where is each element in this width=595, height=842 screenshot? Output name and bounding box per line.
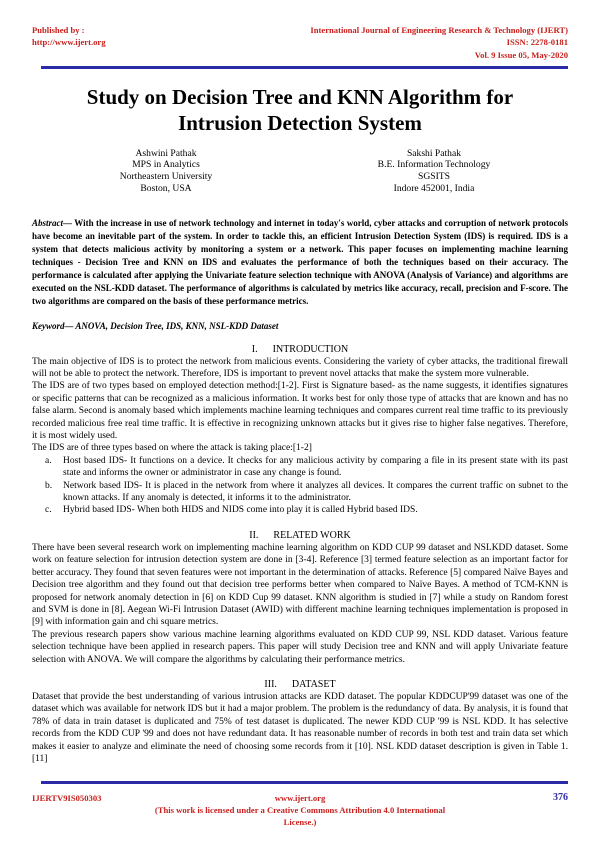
journal-volume-issue: Vol. 9 Issue 05, May-2020 xyxy=(310,49,568,61)
author-1-location: Boston, USA xyxy=(32,183,300,195)
paper-page: Published by : http://www.ijert.org Inte… xyxy=(0,0,595,842)
author-2-degree: B.E. Information Technology xyxy=(300,159,568,171)
list-item: c.Hybrid based IDS- When both HIDS and N… xyxy=(32,504,568,516)
list-item: a.Host based IDS- It functions on a devi… xyxy=(32,455,568,480)
abstract-label: Abstract— xyxy=(32,218,72,228)
paragraph: The previous research papers show variou… xyxy=(32,629,568,666)
page-footer: IJERTV9IS050303 www.ijert.org (This work… xyxy=(32,776,568,828)
paragraph: The IDS are of two types based on employ… xyxy=(32,380,568,442)
paragraph: There have been several research work on… xyxy=(32,542,568,629)
list-marker: b. xyxy=(45,480,52,492)
ids-types-list: a.Host based IDS- It functions on a devi… xyxy=(32,455,568,517)
license-note: (This work is licensed under a Creative … xyxy=(152,804,448,828)
published-by-label: Published by : xyxy=(32,24,106,36)
section-heading-related-work: II.RELATED WORK xyxy=(32,530,568,541)
list-item-text: Host based IDS- It functions on a device… xyxy=(63,456,568,478)
footer-site-link[interactable]: www.ijert.org xyxy=(152,792,448,804)
abstract-paragraph: Abstract— With the increase in use of ne… xyxy=(32,217,568,307)
author-2-affiliation: SGSITS xyxy=(300,171,568,183)
abstract-text: With the increase in use of network tech… xyxy=(32,218,568,305)
author-block: Ashwini Pathak MPS in Analytics Northeas… xyxy=(32,148,568,194)
paragraph: The IDS are of three types based on wher… xyxy=(32,442,568,454)
section-heading-introduction: I.INTRODUCTION xyxy=(32,344,568,355)
section-title: DATASET xyxy=(292,679,336,690)
keywords-line: Keyword— ANOVA, Decision Tree, IDS, KNN,… xyxy=(32,321,568,331)
journal-title: International Journal of Engineering Res… xyxy=(310,24,568,36)
manuscript-id: IJERTV9IS050303 xyxy=(32,792,152,804)
footer-center-block: www.ijert.org (This work is licensed und… xyxy=(152,792,448,828)
paragraph: Dataset that provide the best understand… xyxy=(32,691,568,765)
section-number: III. xyxy=(264,679,277,690)
section-title: INTRODUCTION xyxy=(273,344,349,355)
author-2-name: Sakshi Pathak xyxy=(300,148,568,160)
author-1: Ashwini Pathak MPS in Analytics Northeas… xyxy=(32,148,300,194)
footer-rule xyxy=(41,781,568,784)
author-2-location: Indore 452001, India xyxy=(300,183,568,195)
list-marker: a. xyxy=(45,455,52,467)
paragraph: The main objective of IDS is to protect … xyxy=(32,356,568,381)
section-heading-dataset: III.DATASET xyxy=(32,679,568,690)
list-item: b.Network based IDS- It is placed in the… xyxy=(32,480,568,505)
journal-block: International Journal of Engineering Res… xyxy=(310,24,568,61)
page-header: Published by : http://www.ijert.org Inte… xyxy=(32,24,568,61)
list-item-text: Hybrid based IDS- When both HIDS and NID… xyxy=(63,505,418,515)
paper-title: Study on Decision Tree and KNN Algorithm… xyxy=(54,84,546,136)
publisher-block: Published by : http://www.ijert.org xyxy=(32,24,106,49)
page-number: 376 xyxy=(448,792,568,804)
journal-issn: ISSN: 2278-0181 xyxy=(310,36,568,48)
header-rule xyxy=(41,66,568,69)
section-number: I. xyxy=(252,344,258,355)
author-1-affiliation: Northeastern University xyxy=(32,171,300,183)
author-2: Sakshi Pathak B.E. Information Technolog… xyxy=(300,148,568,194)
section-number: II. xyxy=(249,530,258,541)
list-marker: c. xyxy=(45,504,52,516)
section-title: RELATED WORK xyxy=(273,530,350,541)
list-item-text: Network based IDS- It is placed in the n… xyxy=(63,481,568,503)
paper-body: I.INTRODUCTION The main objective of IDS… xyxy=(32,344,568,766)
publisher-url-link[interactable]: http://www.ijert.org xyxy=(32,36,106,48)
author-1-name: Ashwini Pathak xyxy=(32,148,300,160)
author-1-degree: MPS in Analytics xyxy=(32,159,300,171)
